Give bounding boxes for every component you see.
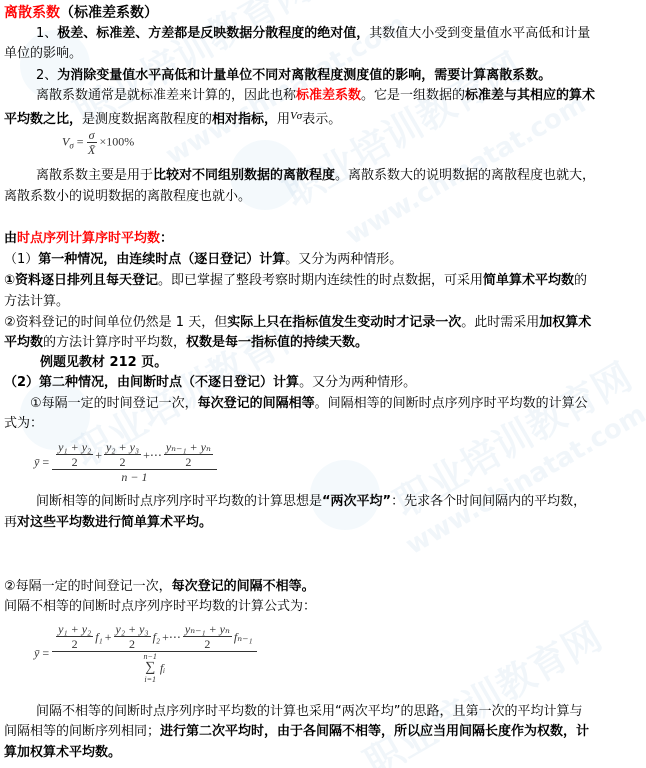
final-paragraph-line2: 间隔相等的间断序列相同；进行第二次平均时，由于各间隔不相等，所以应当用间隔长度作… — [4, 722, 589, 742]
weight-2: f₂ — [153, 630, 161, 644]
text-bold: 加权算术 — [539, 315, 591, 330]
weight-1: f₁ — [95, 630, 103, 644]
formula-equal-interval: ȳ = y₁ + y₂2 + y₂ + y₃2 +⋯ yₙ₋₁ + yₙ2 n … — [34, 440, 217, 484]
text: 其数值大小受到变量值水平高低和计量 — [369, 26, 590, 41]
case-1-heading: （1）第一种情况，由连续时点（逐日登记）计算。又分为两种情形。 — [4, 250, 402, 270]
text-bold: 标准差与其相应的算术 — [465, 88, 595, 103]
text-bold: 比较对不同组别数据的离散程度 — [153, 168, 335, 183]
section-title-time-series: 由时点序列计算序时平均数： — [4, 229, 173, 249]
ellipsis: +⋯ — [162, 630, 181, 644]
text: ①每隔一定的时间登记一次， — [30, 396, 198, 411]
case-2-item-1: ①每隔一定的时间登记一次，每次登记的间隔相等。间隔相等的间断时点序列序时平均数的… — [30, 394, 588, 414]
case-2-item-1-line2: 式为： — [4, 414, 43, 434]
text: 离散系数主要是用于 — [36, 168, 153, 183]
v-sigma-symbol: Vσ — [290, 110, 302, 122]
text: 。又分为两种情形。 — [299, 375, 416, 390]
formula-unequal-interval: ȳ = y₁ + y₂2 f₁ + y₂ + y₃2 f₂ +⋯ yₙ₋₁ + … — [34, 622, 257, 684]
paragraph-1: 1、极差、标准差、方差都是反映数据分散程度的绝对值，其数值大小受到变量值水平高低… — [36, 24, 590, 44]
text: 。又分为两种情形。 — [285, 252, 402, 267]
text-bold: 进行第二次平均时，由于各间隔不相等，所以应当用间隔长度作为权数，计 — [160, 724, 589, 739]
paragraph-1-line2: 单位的影响。 — [4, 44, 82, 64]
text-bold: 权数是每一指标值的持续天数。 — [186, 335, 368, 350]
text: 的方法计算序时平均数， — [43, 335, 186, 350]
text-bold: 平均数之比， — [4, 112, 82, 127]
example-reference: 例题见教材 212 页。 — [40, 353, 167, 373]
case-2-item-2: ②每隔一定的时间登记一次，每次登记的间隔不相等。 — [4, 577, 315, 597]
text-bold: ①资料逐日排列且每天登记 — [4, 273, 158, 288]
text: ②每隔一定的时间登记一次， — [4, 579, 172, 594]
term-n: yₙ₋₁ + yₙ — [164, 440, 213, 455]
paragraph-2: 2、为消除变量值水平高低和计量单位不同对离散程度测度值的影响，需要计算离散系数。 — [36, 66, 551, 86]
case-2-item-2-line2: 间隔不相等的间断时点序列序时平均数的计算公式为： — [4, 597, 316, 617]
plus: + — [95, 448, 102, 462]
text-bold: 第二种情况，由间断时点（不逐日登记）计算 — [39, 375, 299, 390]
paragraph-3-line2: 平均数之比，是测度数据离散程度的相对指标，用Vσ表示。 — [4, 106, 341, 130]
text-bold: “两次平均” — [322, 494, 391, 509]
text: 2、 — [36, 68, 57, 83]
weight-n: fₙ₋₁ — [234, 630, 253, 644]
text: 是测度数据离散程度的 — [82, 112, 212, 127]
formula-num: σ — [87, 128, 97, 143]
half: 2 — [129, 637, 135, 651]
sum-term: fᵢ — [160, 662, 165, 674]
case-1-item-2: ②资料登记的时间单位仍然是 1 天，但实际上只在指标值发生变动时才记录一次。此时… — [4, 313, 591, 333]
half: 2 — [72, 637, 78, 651]
text: 。间隔相等的间断时点序列序时平均数的计算公 — [315, 396, 588, 411]
text: 1、 — [36, 26, 57, 41]
title-red: 时点序列计算序时平均数 — [17, 231, 160, 246]
idea-paragraph-line2: 再对这些平均数进行简单算术平均。 — [4, 513, 212, 533]
text-bold: （2） — [4, 375, 39, 390]
text-bold: 对这些平均数进行简单算术平均。 — [17, 515, 212, 530]
paragraph-4: 离散系数主要是用于比较对不同组别数据的离散程度。离散系数大的说明数据的离散程度也… — [36, 166, 595, 186]
term-1: y₁ + y₂ — [56, 440, 93, 455]
text-bold: ： — [160, 231, 173, 246]
formula-den: X̄ — [88, 143, 95, 157]
final-paragraph-line3: 算加权算术平均数。 — [4, 743, 121, 763]
paragraph-4-line2: 离散系数小的说明数据的离散程度也就小。 — [4, 187, 251, 207]
final-paragraph: 间隔不相等的间断时点序列序时平均数的计算也采用“两次平均”的思路，且第一次的平均… — [36, 702, 582, 722]
case-1-item-1: ①资料逐日排列且每天登记。即已掌握了整段考察时期内连续性的时点数据，可采用简单算… — [4, 271, 587, 291]
text: ：先求各个时间间隔内的平均数， — [391, 494, 586, 509]
title-sub: （标准差系数） — [60, 5, 158, 21]
text-bold: 相对指标， — [212, 112, 277, 127]
text: （1） — [4, 252, 38, 267]
watermark-text: 职业培训教育网 — [363, 625, 603, 768]
plus: + — [105, 630, 112, 644]
text: 的 — [574, 273, 587, 288]
text-bold: 极差、标准差、方差都是反映数据分散程度的绝对值， — [57, 26, 369, 41]
half: 2 — [120, 455, 126, 469]
half: 2 — [204, 637, 210, 651]
text-bold: 平均数 — [4, 335, 43, 350]
formula-sub: σ — [69, 141, 73, 151]
term-n: yₙ₋₁ + yₙ — [183, 622, 232, 637]
text: 间断相等的间断时点序列序时平均数的计算思想是 — [36, 494, 322, 509]
text-bold: 第一种情况，由连续时点（逐日登记）计算 — [38, 252, 285, 267]
idea-paragraph: 间断相等的间断时点序列序时平均数的计算思想是“两次平均”：先求各个时间间隔内的平… — [36, 492, 586, 512]
sum-icon: ∑ — [145, 661, 155, 675]
half: 2 — [72, 455, 78, 469]
half: 2 — [185, 455, 191, 469]
term-1: y₁ + y₂ — [56, 622, 93, 637]
text-bold: 每次登记的间隔相等 — [198, 396, 315, 411]
formula-coefficient-variation: Vσ = σX̄ ×100% — [62, 128, 134, 157]
text: 。此时需采用 — [461, 315, 539, 330]
text: 。离散系数大的说明数据的离散程度也就大， — [335, 168, 595, 183]
term-2: y₂ + y₃ — [114, 622, 151, 637]
text-bold: 简单算术平均数 — [483, 273, 574, 288]
text: 离散系数通常是就标准差来计算的，因此也称 — [36, 88, 296, 103]
term-2: y₂ + y₃ — [104, 440, 141, 455]
text-red: 标准差系数 — [296, 88, 361, 103]
paragraph-3: 离散系数通常是就标准差来计算的，因此也称标准差系数。它是一组数据的标准差与其相应… — [36, 86, 595, 106]
text: 表示。 — [302, 112, 341, 127]
case-2-heading: （2）第二种情况，由间断时点（不逐日登记）计算。又分为两种情形。 — [4, 373, 416, 393]
text: 再 — [4, 515, 17, 530]
ellipsis: +⋯ — [143, 448, 162, 462]
watermark-url: www.chinatat.com — [403, 403, 646, 556]
text-bold: 由 — [4, 231, 17, 246]
text: ②资料登记的时间单位仍然是 1 天，但 — [4, 315, 227, 330]
text-bold: 为消除变量值水平高低和计量单位不同对离散程度测度值的影响，需要计算离散系数。 — [57, 68, 551, 83]
text-bold: 每次登记的间隔不相等。 — [172, 579, 315, 594]
case-1-item-1-line2: 方法计算。 — [4, 292, 69, 312]
text: 用 — [277, 112, 290, 127]
text: 。它是一组数据的 — [361, 88, 465, 103]
text: 。即已掌握了整段考察时期内连续性的时点数据，可采用 — [158, 273, 483, 288]
text: 间隔相等的间断序列相同； — [4, 724, 160, 739]
formula-rhs: ×100% — [100, 134, 135, 148]
section-title-dispersion: 离散系数（标准差系数） — [4, 3, 158, 23]
case-1-item-2-line2: 平均数的方法计算序时平均数，权数是每一指标值的持续天数。 — [4, 333, 368, 353]
sum-lower: i=1 — [144, 675, 156, 684]
title-red: 离散系数 — [4, 5, 60, 21]
text-bold: 实际上只在指标值发生变动时才记录一次 — [227, 315, 461, 330]
formula-den: n − 1 — [121, 470, 147, 484]
